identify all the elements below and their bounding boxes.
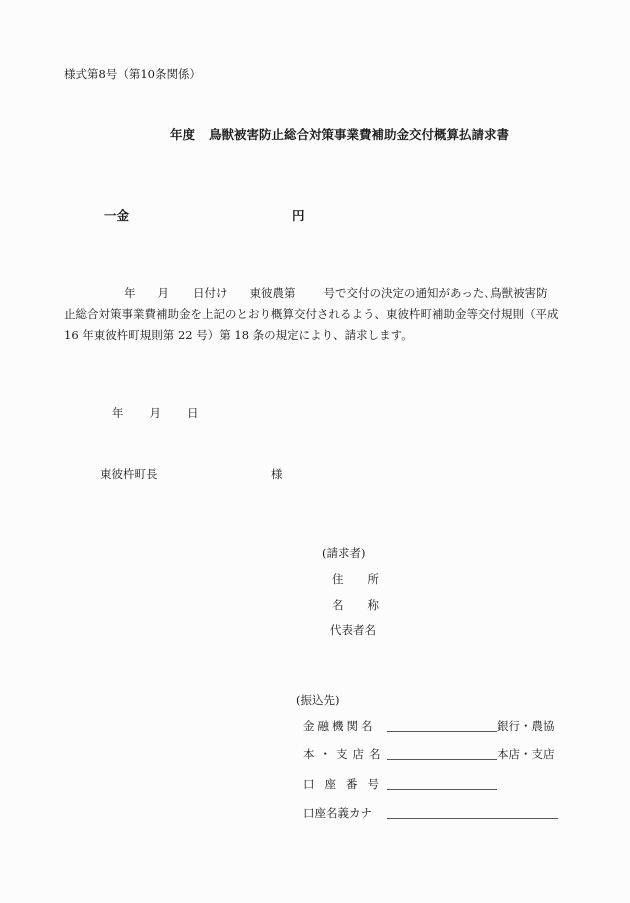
title-main: 鳥獣被害防止総合対策事業費補助金交付概算払請求書	[209, 127, 509, 142]
transfer-header: (振込先)	[296, 692, 339, 708]
date-month: 月	[150, 406, 162, 420]
claimant-header: (請求者)	[322, 545, 365, 561]
document-title: 年度鳥獣被害防止総合対策事業費補助金交付概算払請求書	[170, 125, 509, 143]
form-number: 様式第8号（第10条関係）	[64, 66, 201, 82]
account-number-label: 口座番号	[303, 776, 389, 792]
amount-unit: 円	[292, 206, 305, 224]
account-number-field[interactable]	[387, 789, 497, 790]
body-line-1: 年月日付け東彼農第号で交付の決定の通知があった､鳥獣被害防	[64, 285, 548, 301]
amount-label: 一金	[104, 206, 129, 224]
account-holder-kana-label: 口座名義カナ	[303, 805, 372, 821]
claimant-address-label: 住所	[332, 571, 379, 587]
bank-name-suffix: 銀行・農協	[497, 718, 555, 734]
branch-name-field[interactable]	[387, 759, 497, 760]
claimant-name-label: 名称	[332, 597, 379, 613]
recipient-name: 東彼杵町長	[100, 466, 158, 482]
claimant-representative-label: 代表者名	[330, 622, 376, 638]
body-dated: 日付け	[193, 286, 228, 300]
account-holder-kana-field[interactable]	[387, 818, 558, 819]
body-line-2: 止総合対策事業費補助金を上記のとおり概算交付されるよう、東彼杵町補助金等交付規則…	[64, 306, 559, 322]
body-office: 東彼農第	[250, 286, 296, 300]
date-day: 日	[187, 406, 199, 420]
body-year: 年	[124, 286, 136, 300]
request-date: 年月日	[112, 405, 199, 421]
bank-name-field[interactable]	[387, 731, 497, 732]
bank-name-label: 金融機関名	[303, 718, 376, 734]
body-line-3: 16 年東彼杵町規則第 22 号）第 18 条の規定により、請求します。	[64, 327, 413, 343]
branch-name-suffix: 本店・支店	[497, 746, 555, 762]
date-year: 年	[112, 406, 124, 420]
recipient-honorific: 様	[271, 466, 283, 482]
title-year-prefix: 年度	[170, 127, 195, 142]
body-line-1-rest: 号で交付の決定の通知があった､鳥獣被害防	[324, 286, 548, 300]
branch-name-label: 本・支店名	[303, 746, 386, 762]
body-month: 月	[158, 286, 170, 300]
